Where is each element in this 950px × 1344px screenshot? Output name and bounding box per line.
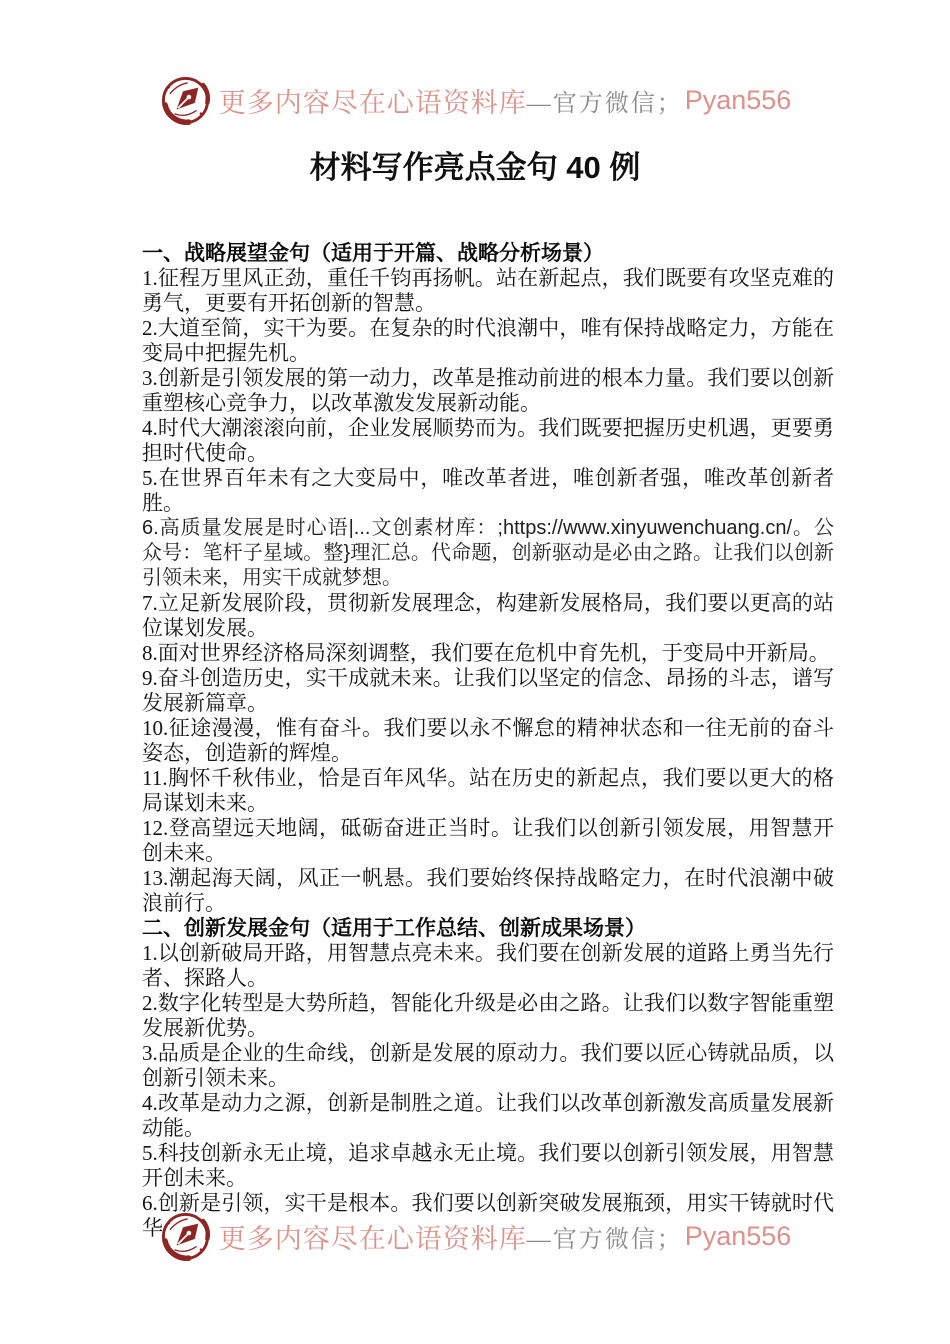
watermark-brand-text: 更多内容尽在心语资料库: [219, 1217, 527, 1256]
watermark-brand-text: 更多内容尽在心语资料库: [219, 81, 527, 120]
watermark-separator-text: —官方微信；: [527, 1219, 683, 1254]
sentence-paragraph: 5.科技创新永无止境，追求卓越永无止境。我们要以创新引领发展，用智慧开创未来。: [142, 1141, 834, 1191]
sentence-paragraph: 3.创新是引领发展的第一动力，改革是推动前进的根本力量。我们要以创新重塑核心竞争…: [142, 366, 834, 416]
sentence-paragraph: 7.立足新发展阶段，贯彻新发展理念，构建新发展格局，我们要以更高的站位谋划发展。: [142, 591, 834, 641]
sentence-paragraph: 4.改革是动力之源，创新是制胜之道。让我们以改革创新激发高质量发展新动能。: [142, 1091, 834, 1141]
watermark-separator-text: —官方微信；: [527, 83, 683, 118]
pen-nib-circle-icon: [159, 74, 212, 127]
pen-nib-circle-icon: [159, 1210, 212, 1263]
footer-watermark: 更多内容尽在心语资料库 —官方微信； Pyan556: [0, 1210, 950, 1263]
sentence-paragraph: 2.数字化转型是大势所趋，智能化升级是必由之路。让我们以数字智能重塑发展新优势。: [142, 991, 834, 1041]
watermark-wechat-id: Pyan556: [685, 85, 792, 116]
document-page: 更多内容尽在心语资料库 —官方微信； Pyan556 材料写作亮点金句 40 例…: [0, 0, 950, 1344]
sentence-paragraph: 1.以创新破局开路，用智慧点亮未来。我们要在创新发展的道路上勇当先行者、探路人。: [142, 941, 834, 991]
sentence-paragraph: 11.胸怀千秋伟业，恰是百年风华。站在历史的新起点，我们要以更大的格局谋划未来。: [142, 766, 834, 816]
header-watermark: 更多内容尽在心语资料库 —官方微信； Pyan556: [0, 74, 950, 127]
sentence-paragraph: 2.大道至简，实干为要。在复杂的时代浪潮中，唯有保持战略定力，方能在变局中把握先…: [142, 316, 834, 366]
watermark-wechat-id: Pyan556: [685, 1221, 792, 1252]
sentence-paragraph: 8.面对世界经济格局深刻调整，我们要在危机中育先机，于变局中开新局。: [142, 641, 834, 666]
section-2-heading: 二、创新发展金句（适用于工作总结、创新成果场景）: [142, 916, 834, 941]
sentence-paragraph-watermarked: 6.高质量发展是时心语|...文创素材库：;https://www.xinyuw…: [142, 516, 834, 591]
sentence-paragraph: 1.征程万里风正劲，重任千钧再扬帆。站在新起点，我们既要有攻坚克难的勇气，更要有…: [142, 266, 834, 316]
sentence-paragraph: 9.奋斗创造历史，实干成就未来。让我们以坚定的信念、昂扬的斗志，谱写发展新篇章。: [142, 666, 834, 716]
document-body: 一、战略展望金句（适用于开篇、战略分析场景） 1.征程万里风正劲，重任千钧再扬帆…: [142, 241, 834, 1241]
sentence-paragraph: 13.潮起海天阔，风正一帆悬。我们要始终保持战略定力，在时代浪潮中破浪前行。: [142, 866, 834, 916]
page-title: 材料写作亮点金句 40 例: [0, 142, 950, 187]
sentence-paragraph: 5.在世界百年未有之大变局中，唯改革者进，唯创新者强，唯改革创新者胜。: [142, 466, 834, 516]
section-1-heading: 一、战略展望金句（适用于开篇、战略分析场景）: [142, 241, 834, 266]
sentence-paragraph: 10.征途漫漫，惟有奋斗。我们要以永不懈怠的精神状态和一往无前的奋斗姿态，创造新…: [142, 716, 834, 766]
sentence-paragraph: 4.时代大潮滚滚向前，企业发展顺势而为。我们既要把握历史机遇，更要勇担时代使命。: [142, 416, 834, 466]
sentence-paragraph: 12.登高望远天地阔，砥砺奋进正当时。让我们以创新引领发展，用智慧开创未来。: [142, 816, 834, 866]
sentence-paragraph: 3.品质是企业的生命线，创新是发展的原动力。我们要以匠心铸就品质，以创新引领未来…: [142, 1041, 834, 1091]
